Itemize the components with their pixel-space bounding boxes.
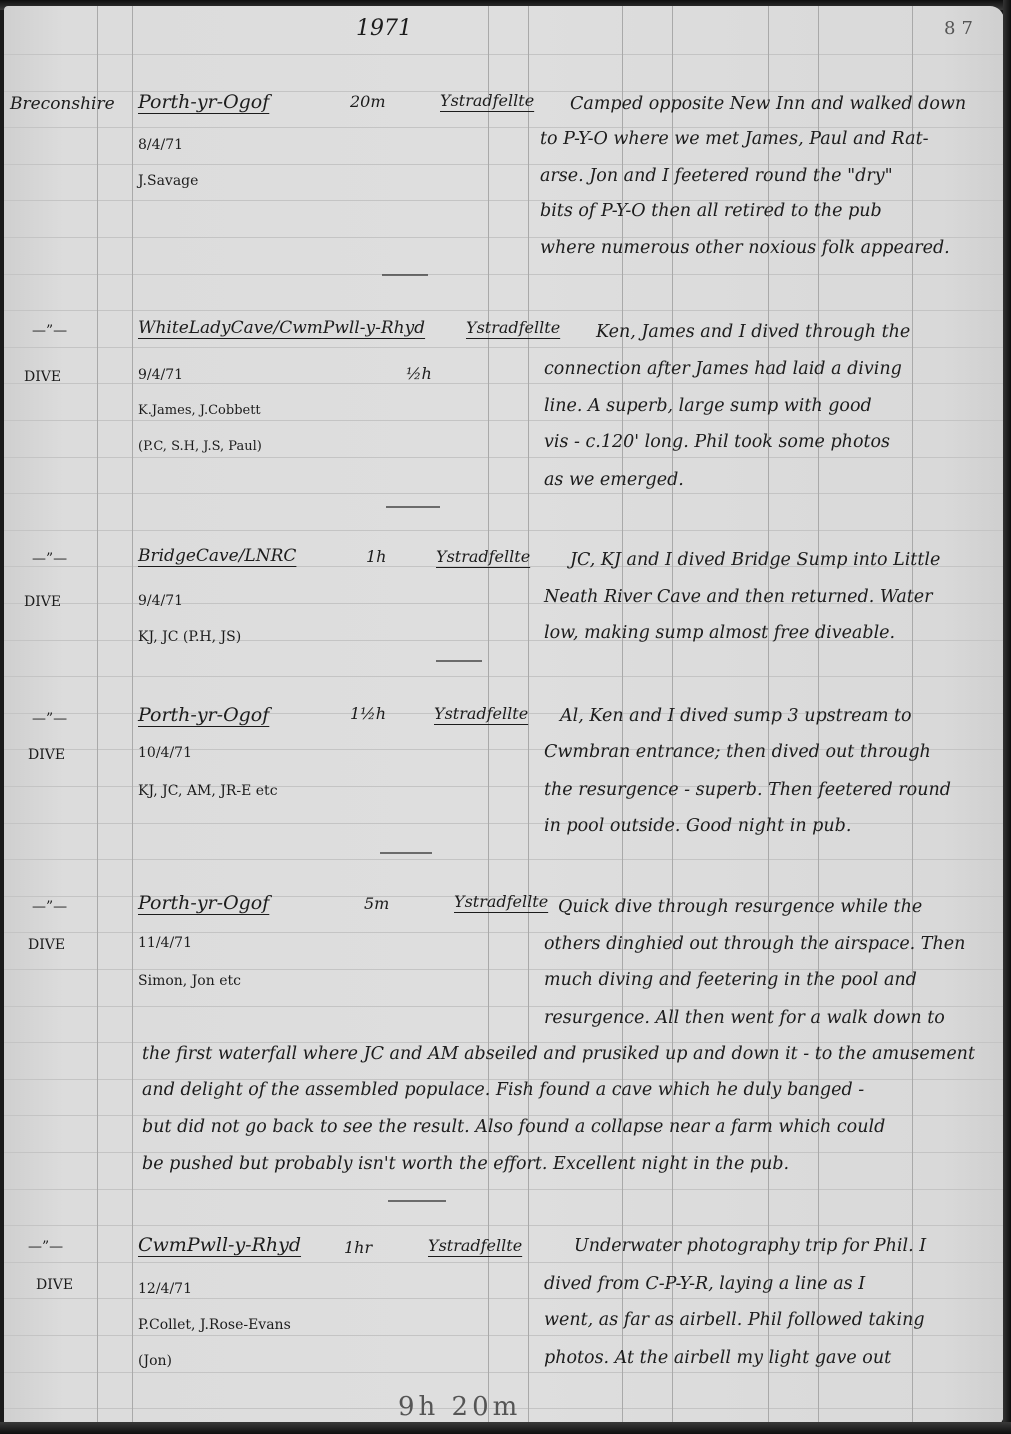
- entry-separator: [388, 1200, 446, 1202]
- column-rule: [912, 6, 913, 1428]
- entry-diary-line: Ken, James and I dived through the: [596, 324, 910, 342]
- ruled-line: [4, 1372, 1004, 1373]
- column-rule: [132, 6, 133, 1428]
- entry-cave: Porth-yr-Ogof: [138, 93, 269, 112]
- ruled-line: [4, 1042, 1004, 1043]
- ruled-line: [4, 54, 1004, 55]
- ruled-line: [4, 164, 1004, 165]
- entry-location: Ystradfellte: [436, 549, 530, 565]
- entry-area: Breconshire: [10, 96, 115, 113]
- ruled-line: [4, 932, 1004, 933]
- entry-diary-line: much diving and feetering in the pool an…: [544, 972, 917, 990]
- entry-type: DIVE: [24, 370, 61, 384]
- ruled-line: [4, 1189, 1004, 1190]
- entry-area: —”—: [32, 324, 67, 338]
- ruled-line: [4, 457, 1004, 458]
- ruled-line: [4, 1298, 1004, 1299]
- entry-duration: 20m: [350, 94, 386, 110]
- entry-diary-line: went, as far as airbell. Phil followed t…: [544, 1312, 925, 1330]
- entry-type: DIVE: [28, 938, 65, 952]
- entry-diary-line: JC, KJ and I dived Bridge Sump into Litt…: [570, 552, 940, 570]
- entry-diary-line: connection after James had laid a diving: [544, 361, 902, 379]
- entry-diary-line: Camped opposite New Inn and walked down: [570, 96, 966, 114]
- entry-location: Ystradfellte: [428, 1238, 522, 1254]
- ruled-line: [4, 859, 1004, 860]
- entry-diary-line: to P-Y-O where we met James, Paul and Ra…: [540, 131, 929, 149]
- entry-party: Simon, Jon etc: [138, 974, 241, 988]
- entry-diary-line: others dinghied out through the airspace…: [544, 936, 965, 954]
- entry-type: DIVE: [24, 595, 61, 609]
- ruled-line: [4, 310, 1004, 311]
- entry-diary-line: as we emerged.: [544, 472, 684, 490]
- column-rule: [97, 6, 98, 1428]
- entry-diary-line: resurgence. All then went for a walk dow…: [544, 1010, 945, 1028]
- page-year: 1971: [356, 18, 412, 40]
- entry-diary-line: Neath River Cave and then returned. Wate…: [544, 589, 933, 607]
- entry-diary-line: Underwater photography trip for Phil. I: [574, 1238, 926, 1256]
- entry-type: DIVE: [36, 1278, 73, 1292]
- entry-diary-line: but did not go back to see the result. A…: [142, 1119, 885, 1137]
- ruled-line: [4, 823, 1004, 824]
- entry-diary-line: be pushed but probably isn't worth the e…: [142, 1156, 789, 1174]
- entry-separator: [386, 506, 440, 508]
- ruled-line: [4, 127, 1004, 128]
- entry-date: 8/4/71: [138, 138, 183, 152]
- entry-diary-line: dived from C-P-Y-R, laying a line as I: [544, 1276, 865, 1294]
- entry-duration: 1h: [366, 549, 386, 565]
- entry-separator: [436, 660, 482, 662]
- entry-date: 11/4/71: [138, 936, 192, 950]
- entry-type: DIVE: [28, 748, 65, 762]
- entry-cave: WhiteLadyCave/CwmPwll-y-Rhyd: [138, 320, 425, 337]
- ruled-line: [4, 1335, 1004, 1336]
- ruled-line: [4, 1225, 1004, 1226]
- logbook-page: 1971 87 Breconshire Porth-yr-Ogof 20m Ys…: [4, 6, 1004, 1428]
- ruled-line: [4, 530, 1004, 531]
- entry-diary-line: in pool outside. Good night in pub.: [544, 818, 851, 836]
- entry-cave: BridgeCave/LNRC: [138, 548, 296, 565]
- entry-diary-line: where numerous other noxious folk appear…: [540, 240, 950, 258]
- entry-diary-line: low, making sump almost free diveable.: [544, 625, 895, 643]
- ruled-line: [4, 1262, 1004, 1263]
- entry-date: 9/4/71: [138, 594, 183, 608]
- entry-party: KJ, JC (P.H, JS): [138, 630, 241, 644]
- entry-cave: CwmPwll-y-Rhyd: [138, 1236, 301, 1255]
- entry-area: —”—: [32, 900, 67, 914]
- ruled-line: [4, 1152, 1004, 1153]
- entry-diary-line: vis - c.120' long. Phil took some photos: [544, 434, 890, 452]
- entry-party: K.James, J.Cobbett: [138, 404, 261, 417]
- entry-area: —”—: [32, 552, 67, 566]
- entry-party: KJ, JC, AM, JR-E etc: [138, 784, 278, 798]
- entry-diary-line: arse. Jon and I feetered round the "dry": [540, 168, 893, 186]
- entry-party: (Jon): [138, 1354, 172, 1368]
- entry-diary-line: Quick dive through resurgence while the: [558, 899, 922, 917]
- entry-diary-line: the first waterfall where JC and AM abse…: [142, 1046, 975, 1064]
- entry-date: 12/4/71: [138, 1282, 192, 1296]
- entry-location: Ystradfellte: [440, 93, 534, 109]
- entry-diary-line: Al, Ken and I dived sump 3 upstream to: [560, 708, 912, 726]
- entry-diary-line: line. A superb, large sump with good: [544, 398, 872, 416]
- entry-diary-line: the resurgence - superb. Then feetered r…: [544, 782, 951, 800]
- entry-area: —”—: [28, 1240, 63, 1254]
- entry-location: Ystradfellte: [454, 894, 548, 910]
- entry-date: 9/4/71: [138, 368, 183, 382]
- page-total-time: 9h 20m: [398, 1394, 521, 1420]
- ruled-line: [4, 1006, 1004, 1007]
- entry-diary-line: and delight of the assembled populace. F…: [142, 1082, 864, 1100]
- ruled-line: [4, 493, 1004, 494]
- binding-shadow-bottom: [0, 1422, 1011, 1434]
- entry-area: —”—: [32, 712, 67, 726]
- ruled-line: [4, 676, 1004, 677]
- page-number: 87: [944, 20, 979, 38]
- entry-diary-line: Cwmbran entrance; then dived out through: [544, 744, 931, 762]
- page-edge: [1003, 0, 1011, 1434]
- entry-location: Ystradfellte: [434, 706, 528, 722]
- ruled-line: [4, 347, 1004, 348]
- entry-location: Ystradfellte: [466, 320, 560, 336]
- entry-party: P.Collet, J.Rose-Evans: [138, 1318, 291, 1332]
- entry-party: (P.C, S.H, J.S, Paul): [138, 440, 262, 453]
- entry-duration: 5m: [364, 896, 389, 912]
- entry-duration: 1½h: [350, 706, 386, 722]
- ruled-line: [4, 383, 1004, 384]
- entry-party: J.Savage: [138, 174, 198, 188]
- entry-diary-line: photos. At the airbell my light gave out: [544, 1350, 891, 1368]
- entry-separator: [380, 852, 432, 854]
- entry-duration: ½h: [406, 366, 432, 382]
- ruled-line: [4, 274, 1004, 275]
- entry-cave: Porth-yr-Ogof: [138, 894, 269, 913]
- entry-date: 10/4/71: [138, 746, 192, 760]
- entry-diary-line: bits of P-Y-O then all retired to the pu…: [540, 203, 882, 221]
- entry-cave: Porth-yr-Ogof: [138, 706, 269, 725]
- ruled-line: [4, 1115, 1004, 1116]
- ruled-line: [4, 420, 1004, 421]
- entry-duration: 1hr: [344, 1240, 372, 1256]
- entry-separator: [382, 274, 428, 276]
